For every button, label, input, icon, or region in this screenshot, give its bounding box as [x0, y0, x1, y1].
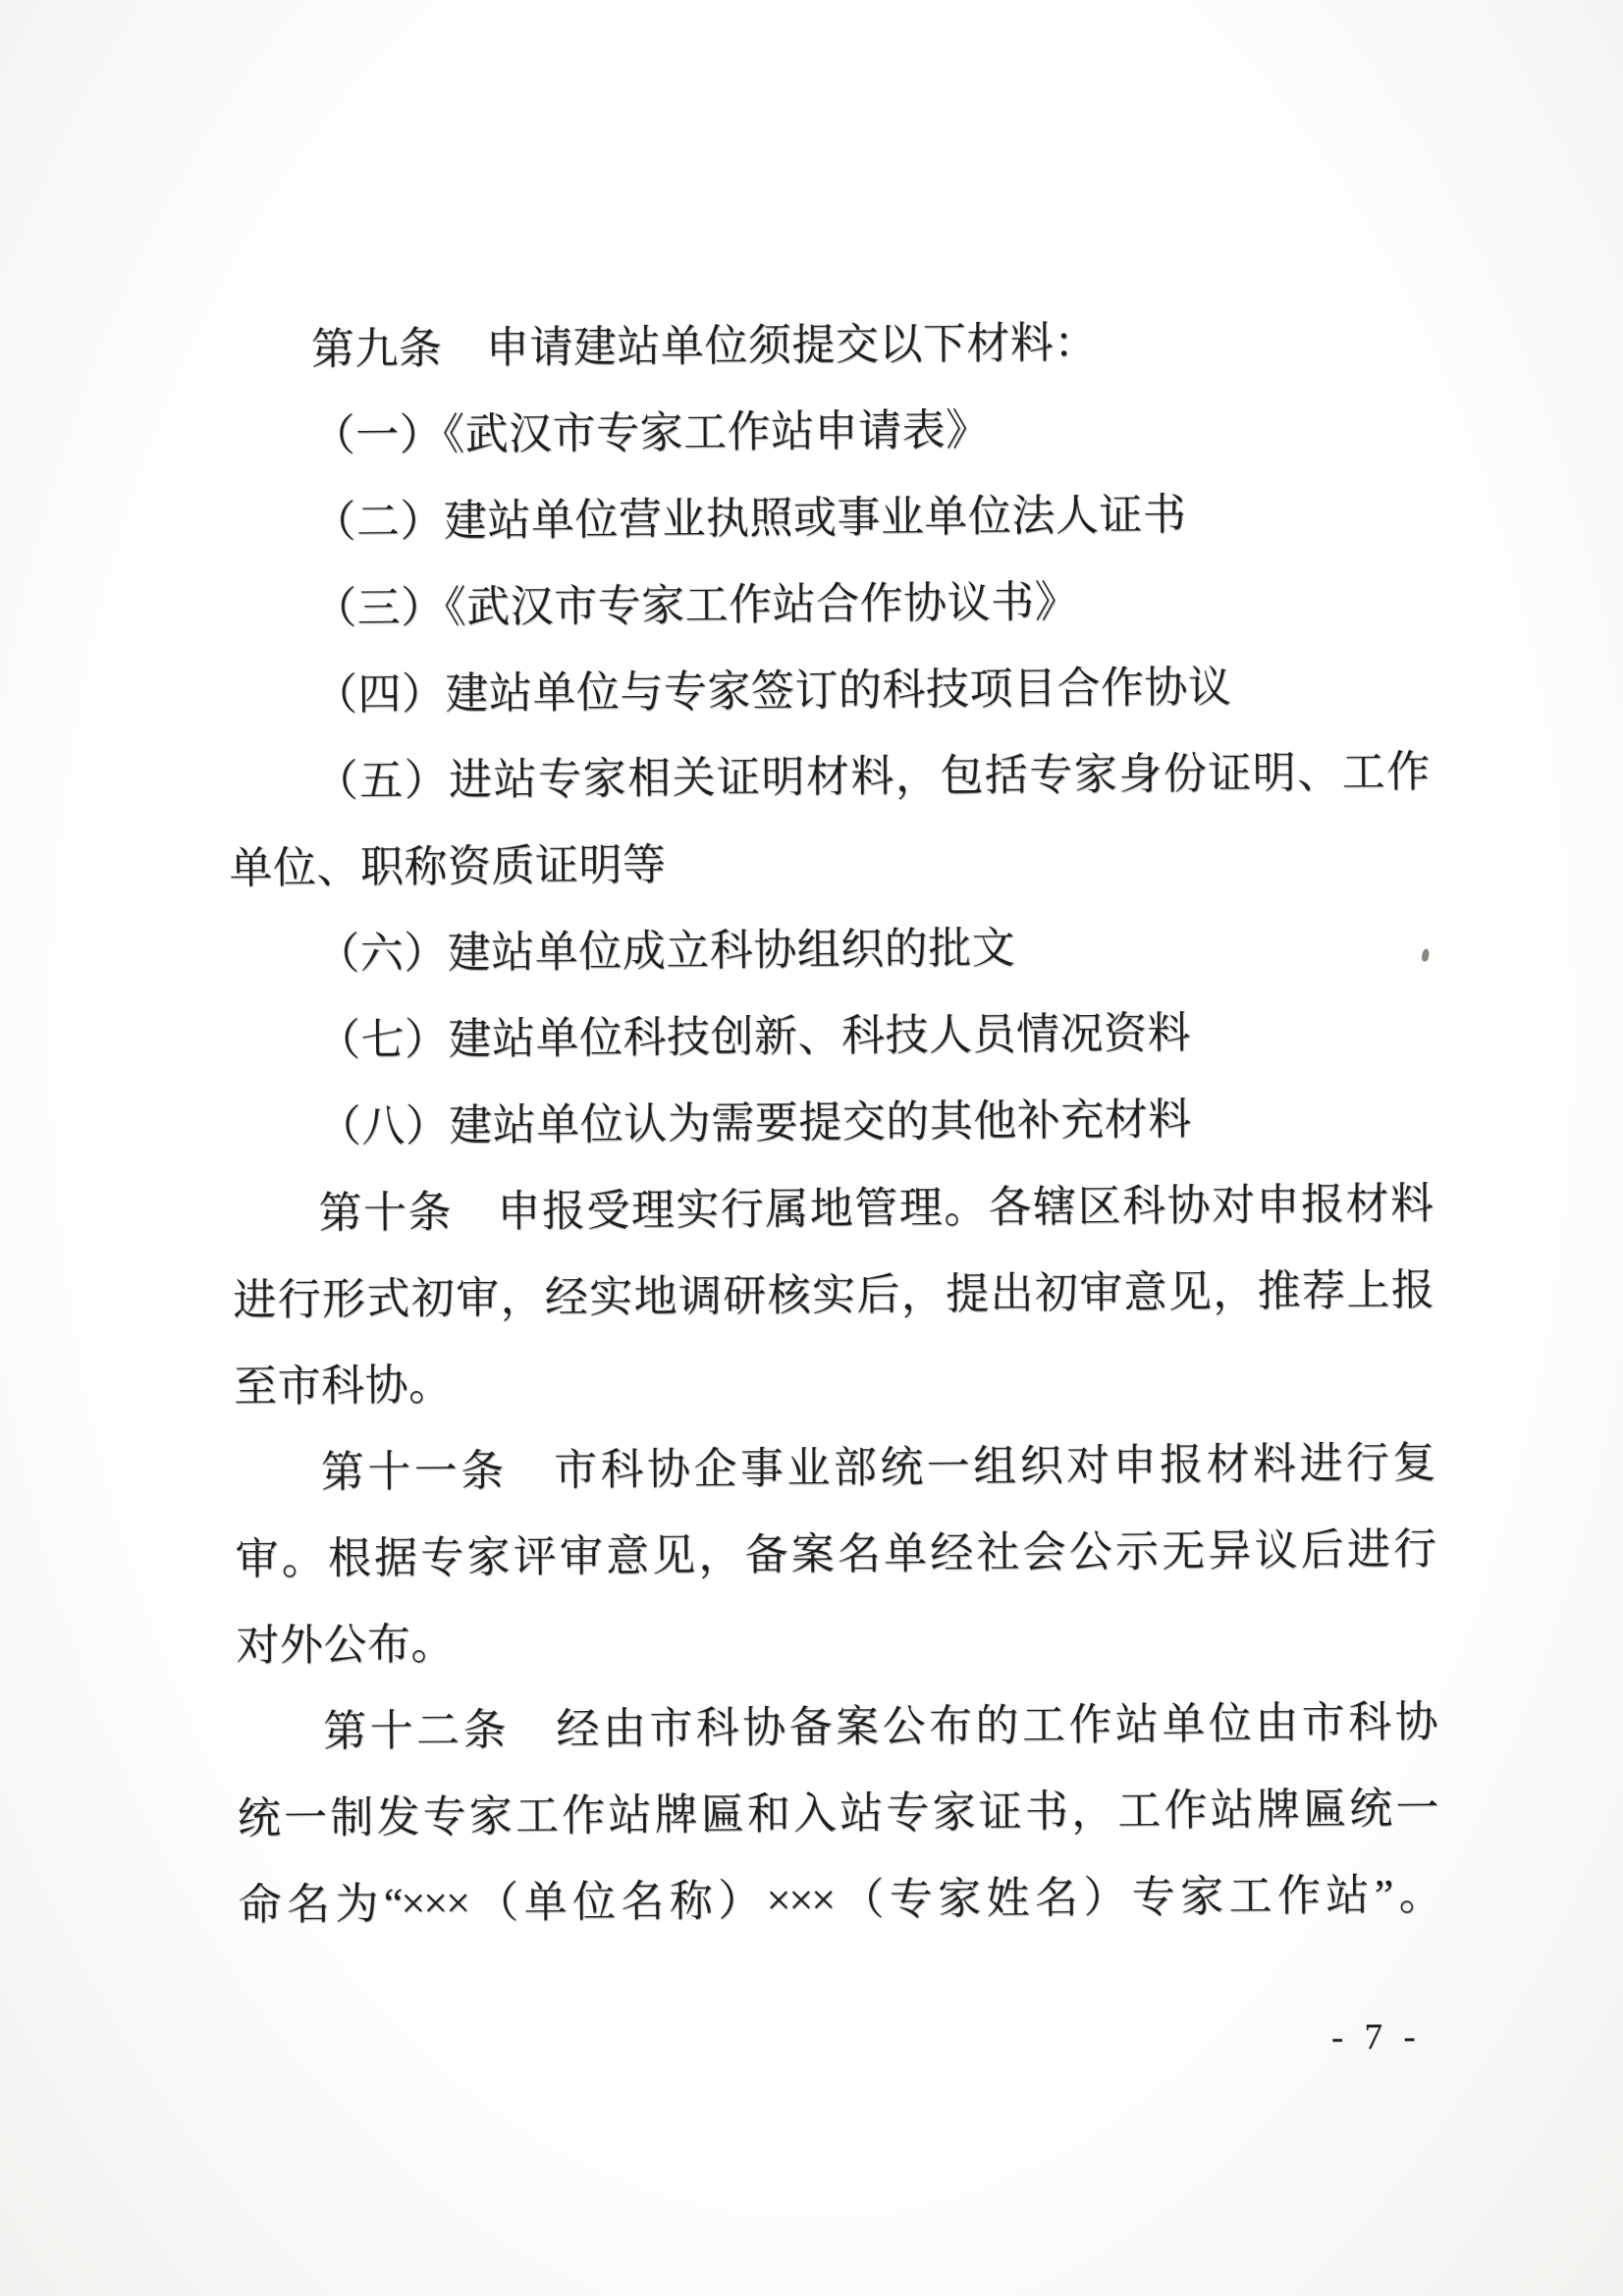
- line-item6: （六）建站单位成立科协组织的批文: [230, 901, 1433, 998]
- line-article11-continuation2: 对外公布。: [236, 1592, 1438, 1689]
- line-article9-heading: 第九条 申请建站单位须提交以下材料：: [225, 297, 1428, 395]
- line-item5-continuation: 单位、职称资质证明等: [229, 815, 1432, 912]
- line-item4: （四）建站单位与专家签订的科技项目合作协议: [228, 642, 1431, 739]
- line-item5: （五）进站专家相关证明材料，包括专家身份证明、工作: [228, 728, 1431, 826]
- line-article11-continuation1: 审。根据专家评审意见，备案名单经社会公示无异议后进行: [235, 1506, 1437, 1603]
- line-item8: （八）建站单位认为需要提交的其他补充材料: [231, 1074, 1434, 1171]
- body-text: 第九条 申请建站单位须提交以下材料： （一）《武汉市专家工作站申请表》 （二）建…: [225, 297, 1441, 1949]
- scanned-text-block: 第九条 申请建站单位须提交以下材料： （一）《武汉市专家工作站申请表》 （二）建…: [0, 0, 1623, 2296]
- line-article12-continuation2: 命名为“×××（单位名称）×××（专家姓名）专家工作站”。: [238, 1851, 1440, 1949]
- line-item7: （七）建站单位科技创新、科技人员情况资料: [231, 988, 1434, 1085]
- line-article12-continuation1: 统一制发专家工作站牌匾和入站专家证书，工作站牌匾统一: [238, 1765, 1440, 1862]
- line-article10-continuation1: 进行形式初审，经实地调研核实后，提出初审意见，推荐上报: [233, 1247, 1435, 1344]
- line-item1: （一）《武汉市专家工作站申请表》: [225, 384, 1428, 481]
- document-page: 第九条 申请建站单位须提交以下材料： （一）《武汉市专家工作站申请表》 （二）建…: [0, 0, 1623, 2296]
- line-article10-continuation2: 至市科协。: [234, 1333, 1436, 1430]
- page-number: - 7 -: [1331, 2015, 1422, 2061]
- line-item3: （三）《武汉市专家工作站合作协议书》: [227, 556, 1430, 653]
- line-item2: （二）建站单位营业执照或事业单位法人证书: [226, 469, 1429, 566]
- line-article12-heading: 第十二条 经由市科协备案公布的工作站单位由市科协: [237, 1679, 1439, 1776]
- line-article11-heading: 第十一条 市科协企事业部统一组织对申报材料进行复: [234, 1419, 1436, 1517]
- line-article10-heading: 第十条 申报受理实行属地管理。各辖区科协对申报材料: [232, 1160, 1434, 1257]
